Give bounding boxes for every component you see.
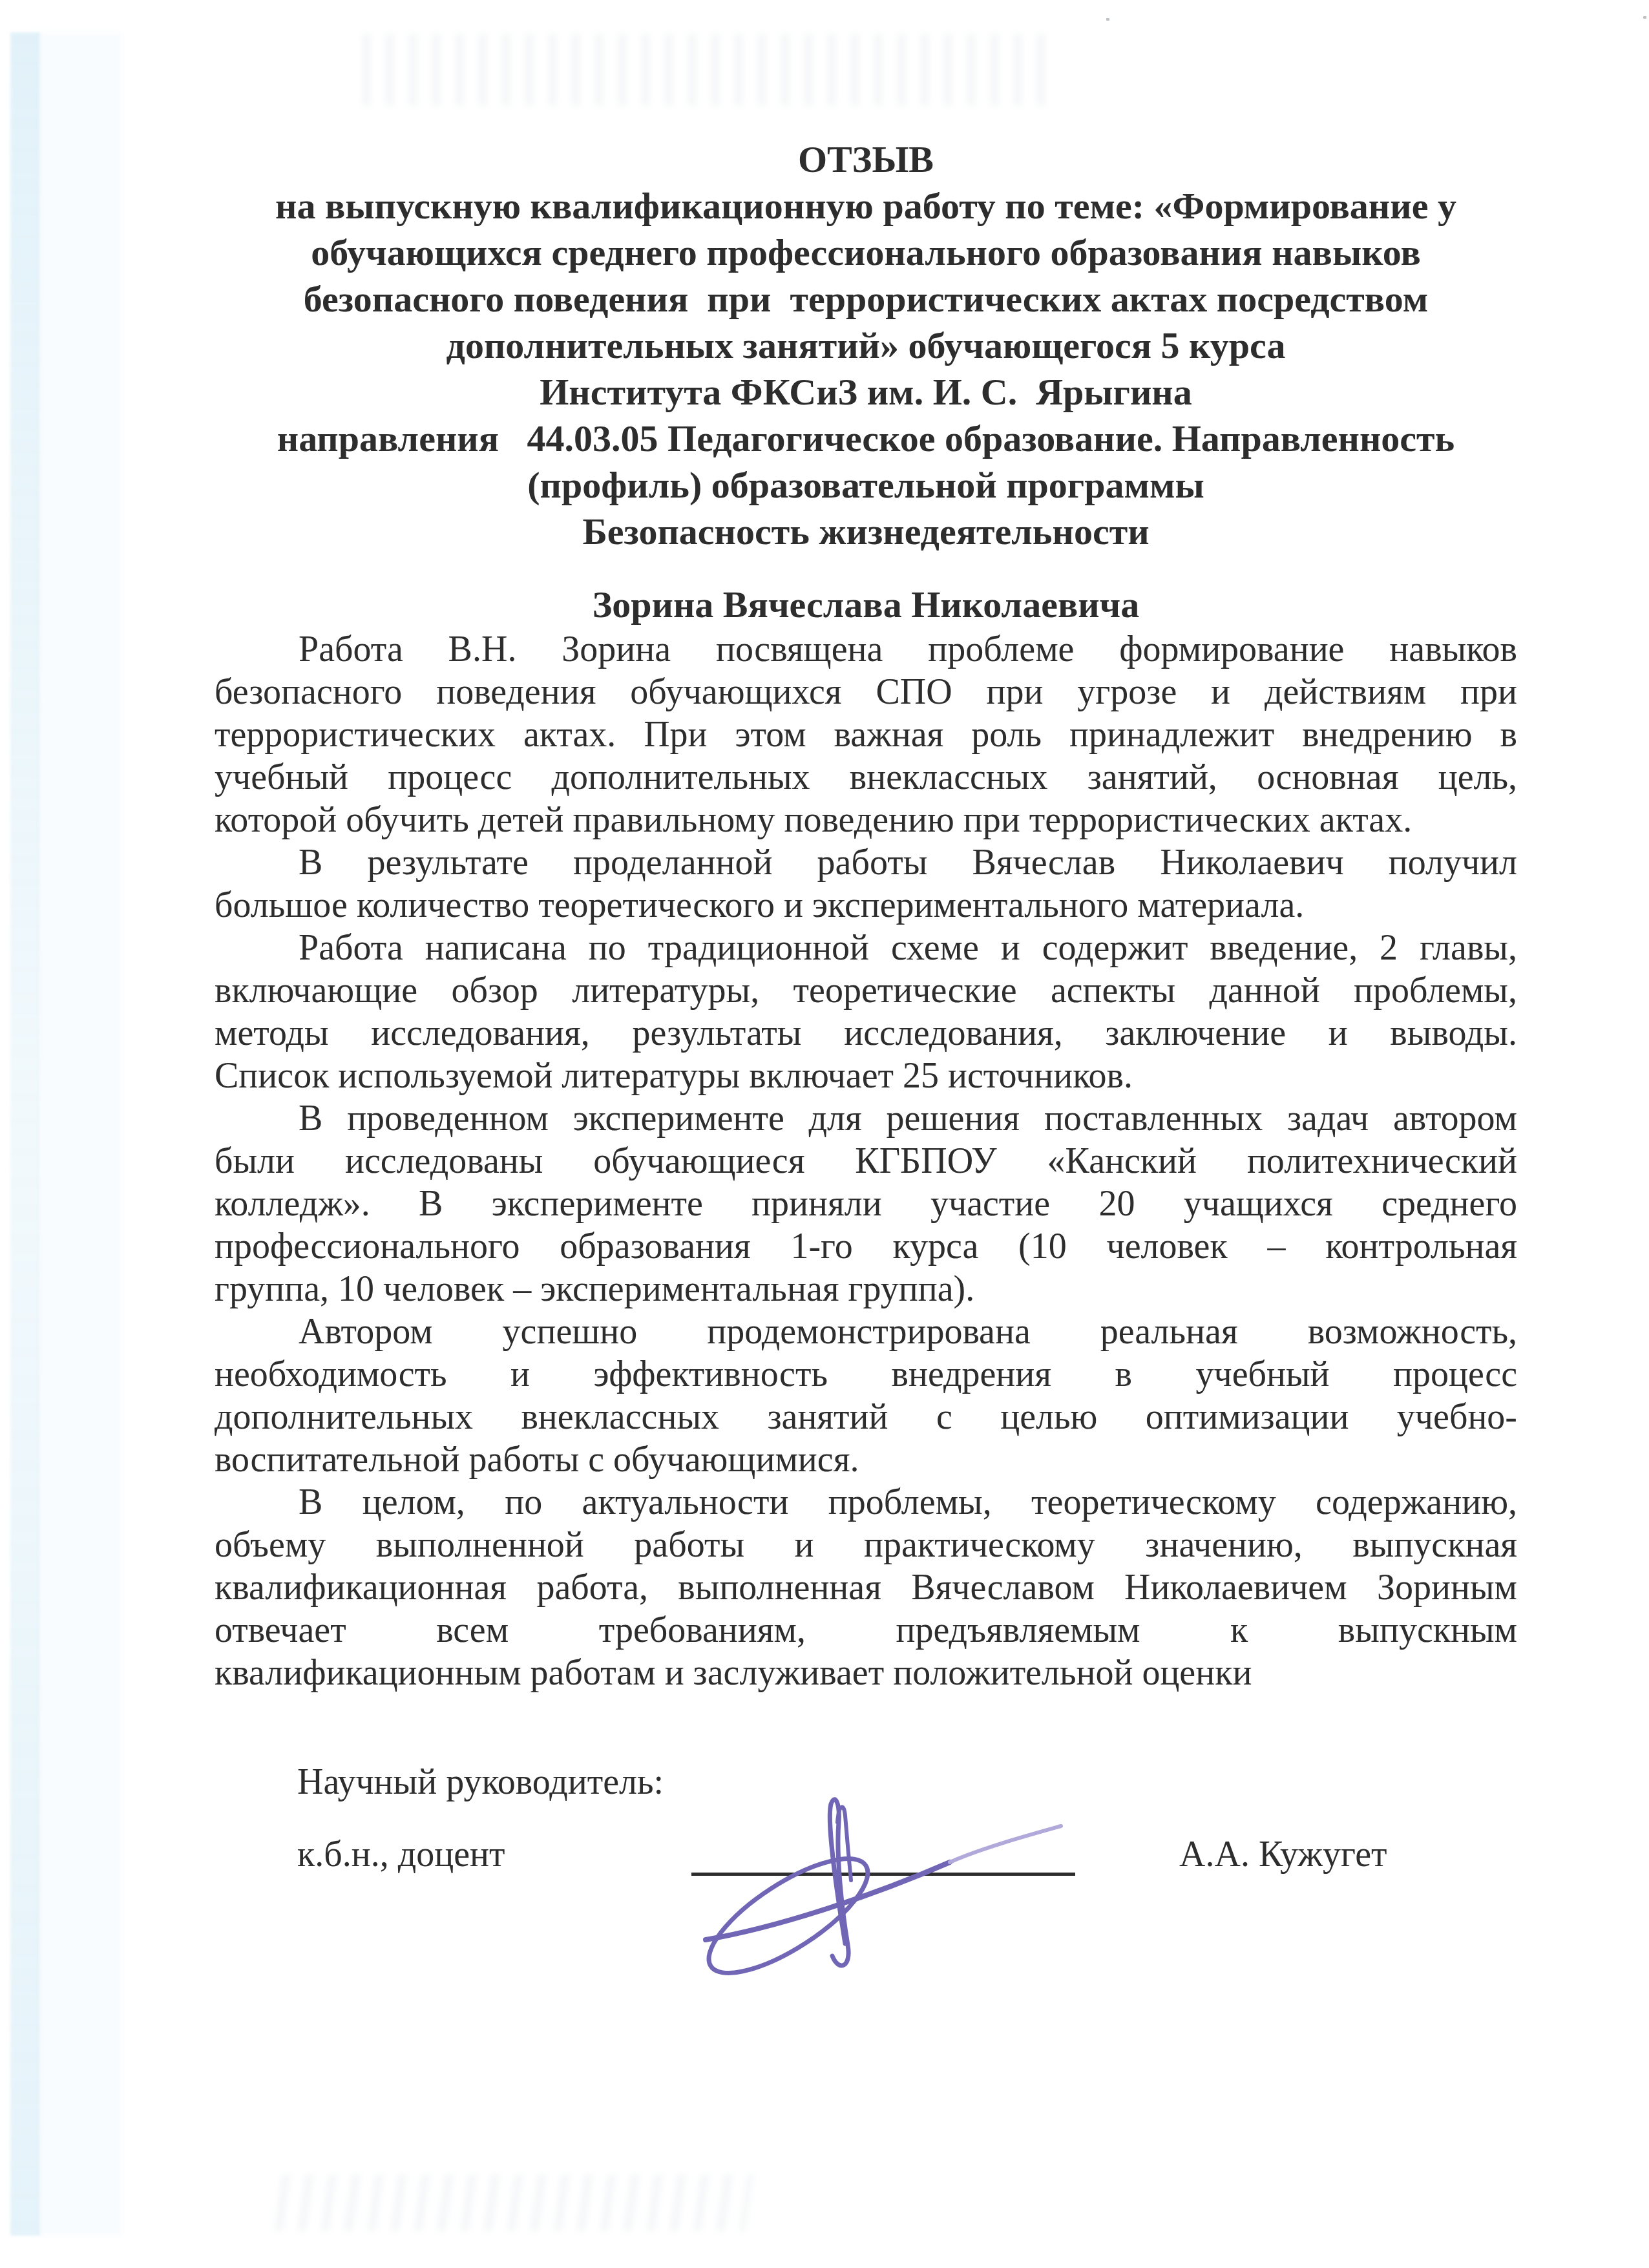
header-line: ОТЗЫВ	[215, 136, 1517, 183]
body-line: Работа написана по традиционной схеме и …	[215, 927, 1517, 969]
body-line: большое количество теоретического и эксп…	[215, 884, 1517, 927]
header-block: ОТЗЫВна выпускную квалификационную работ…	[215, 136, 1517, 555]
body-line: колледж». В эксперименте приняли участие…	[215, 1182, 1517, 1225]
header-line: дополнительных занятий» обучающегося 5 к…	[215, 322, 1517, 369]
body-line: профессионального образования 1-го курса…	[215, 1225, 1517, 1268]
bleed-through-artifact-top	[362, 34, 1047, 106]
body-line: Автором успешно продемонстрирована реаль…	[215, 1310, 1517, 1353]
body-line: Работа В.Н. Зорина посвящена проблеме фо…	[215, 628, 1517, 671]
supervisor-degree: к.б.н., доцент	[297, 1833, 505, 1876]
body-line: группа, 10 человек – экспериментальная г…	[215, 1268, 1517, 1310]
body-line: были исследованы обучающиеся КГБПОУ «Кан…	[215, 1140, 1517, 1182]
body-line: безопасного поведения обучающихся СПО пр…	[215, 671, 1517, 713]
scan-edge-artifact	[10, 32, 40, 2236]
scanned-page: ОТЗЫВна выпускную квалификационную работ…	[0, 0, 1649, 2268]
body-line: В результате проделанной работы Вячеслав…	[215, 841, 1517, 884]
bleed-through-artifact-bottom	[274, 2174, 753, 2231]
body-line: дополнительных внеклассных занятий с цел…	[215, 1396, 1517, 1438]
header-line: обучающихся среднего профессионального о…	[215, 229, 1517, 276]
body-line: учебный процесс дополнительных внеклассн…	[215, 756, 1517, 799]
body-line: В проведенном эксперименте для решения п…	[215, 1097, 1517, 1140]
header-line: безопасного поведения при террористическ…	[215, 276, 1517, 322]
body-block: Работа В.Н. Зорина посвящена проблеме фо…	[215, 628, 1517, 1694]
body-line: квалификационная работа, выполненная Вяч…	[215, 1566, 1517, 1609]
header-line: Института ФКСиЗ им. И. С. Ярыгина	[215, 369, 1517, 415]
header-line: на выпускную квалификационную работу по …	[215, 183, 1517, 229]
scan-speck	[1106, 18, 1109, 21]
body-line: включающие обзор литературы, теоретическ…	[215, 969, 1517, 1012]
body-line: объему выполненной работы и практическом…	[215, 1524, 1517, 1566]
body-line: Список используемой литературы включает …	[215, 1055, 1517, 1097]
body-line: необходимость и эффективность внедрения …	[215, 1353, 1517, 1396]
body-line: отвечает всем требованиям, предъявляемым…	[215, 1609, 1517, 1652]
body-line: воспитательной работы с обучающимися.	[215, 1438, 1517, 1481]
body-line: террористических актах. При этом важная …	[215, 713, 1517, 756]
body-line: квалификационным работам и заслуживает п…	[215, 1652, 1517, 1694]
supervisor-label: Научный руководитель:	[297, 1761, 664, 1803]
student-name: Зорина Вячеслава Николаевича	[215, 583, 1517, 626]
handwritten-signature-icon	[672, 1780, 1086, 2000]
supervisor-name: А.А. Кужугет	[1179, 1833, 1387, 1876]
scan-speck	[1643, 16, 1646, 19]
header-line: (профиль) образовательной программы	[215, 462, 1517, 509]
body-line: В целом, по актуальности проблемы, теоре…	[215, 1481, 1517, 1524]
body-line: методы исследования, результаты исследов…	[215, 1012, 1517, 1055]
header-line: направления 44.03.05 Педагогическое обра…	[215, 415, 1517, 462]
scan-edge-artifact-soft	[39, 32, 123, 2236]
body-line: которой обучить детей правильному поведе…	[215, 799, 1517, 841]
header-line: Безопасность жизнедеятельности	[215, 509, 1517, 555]
